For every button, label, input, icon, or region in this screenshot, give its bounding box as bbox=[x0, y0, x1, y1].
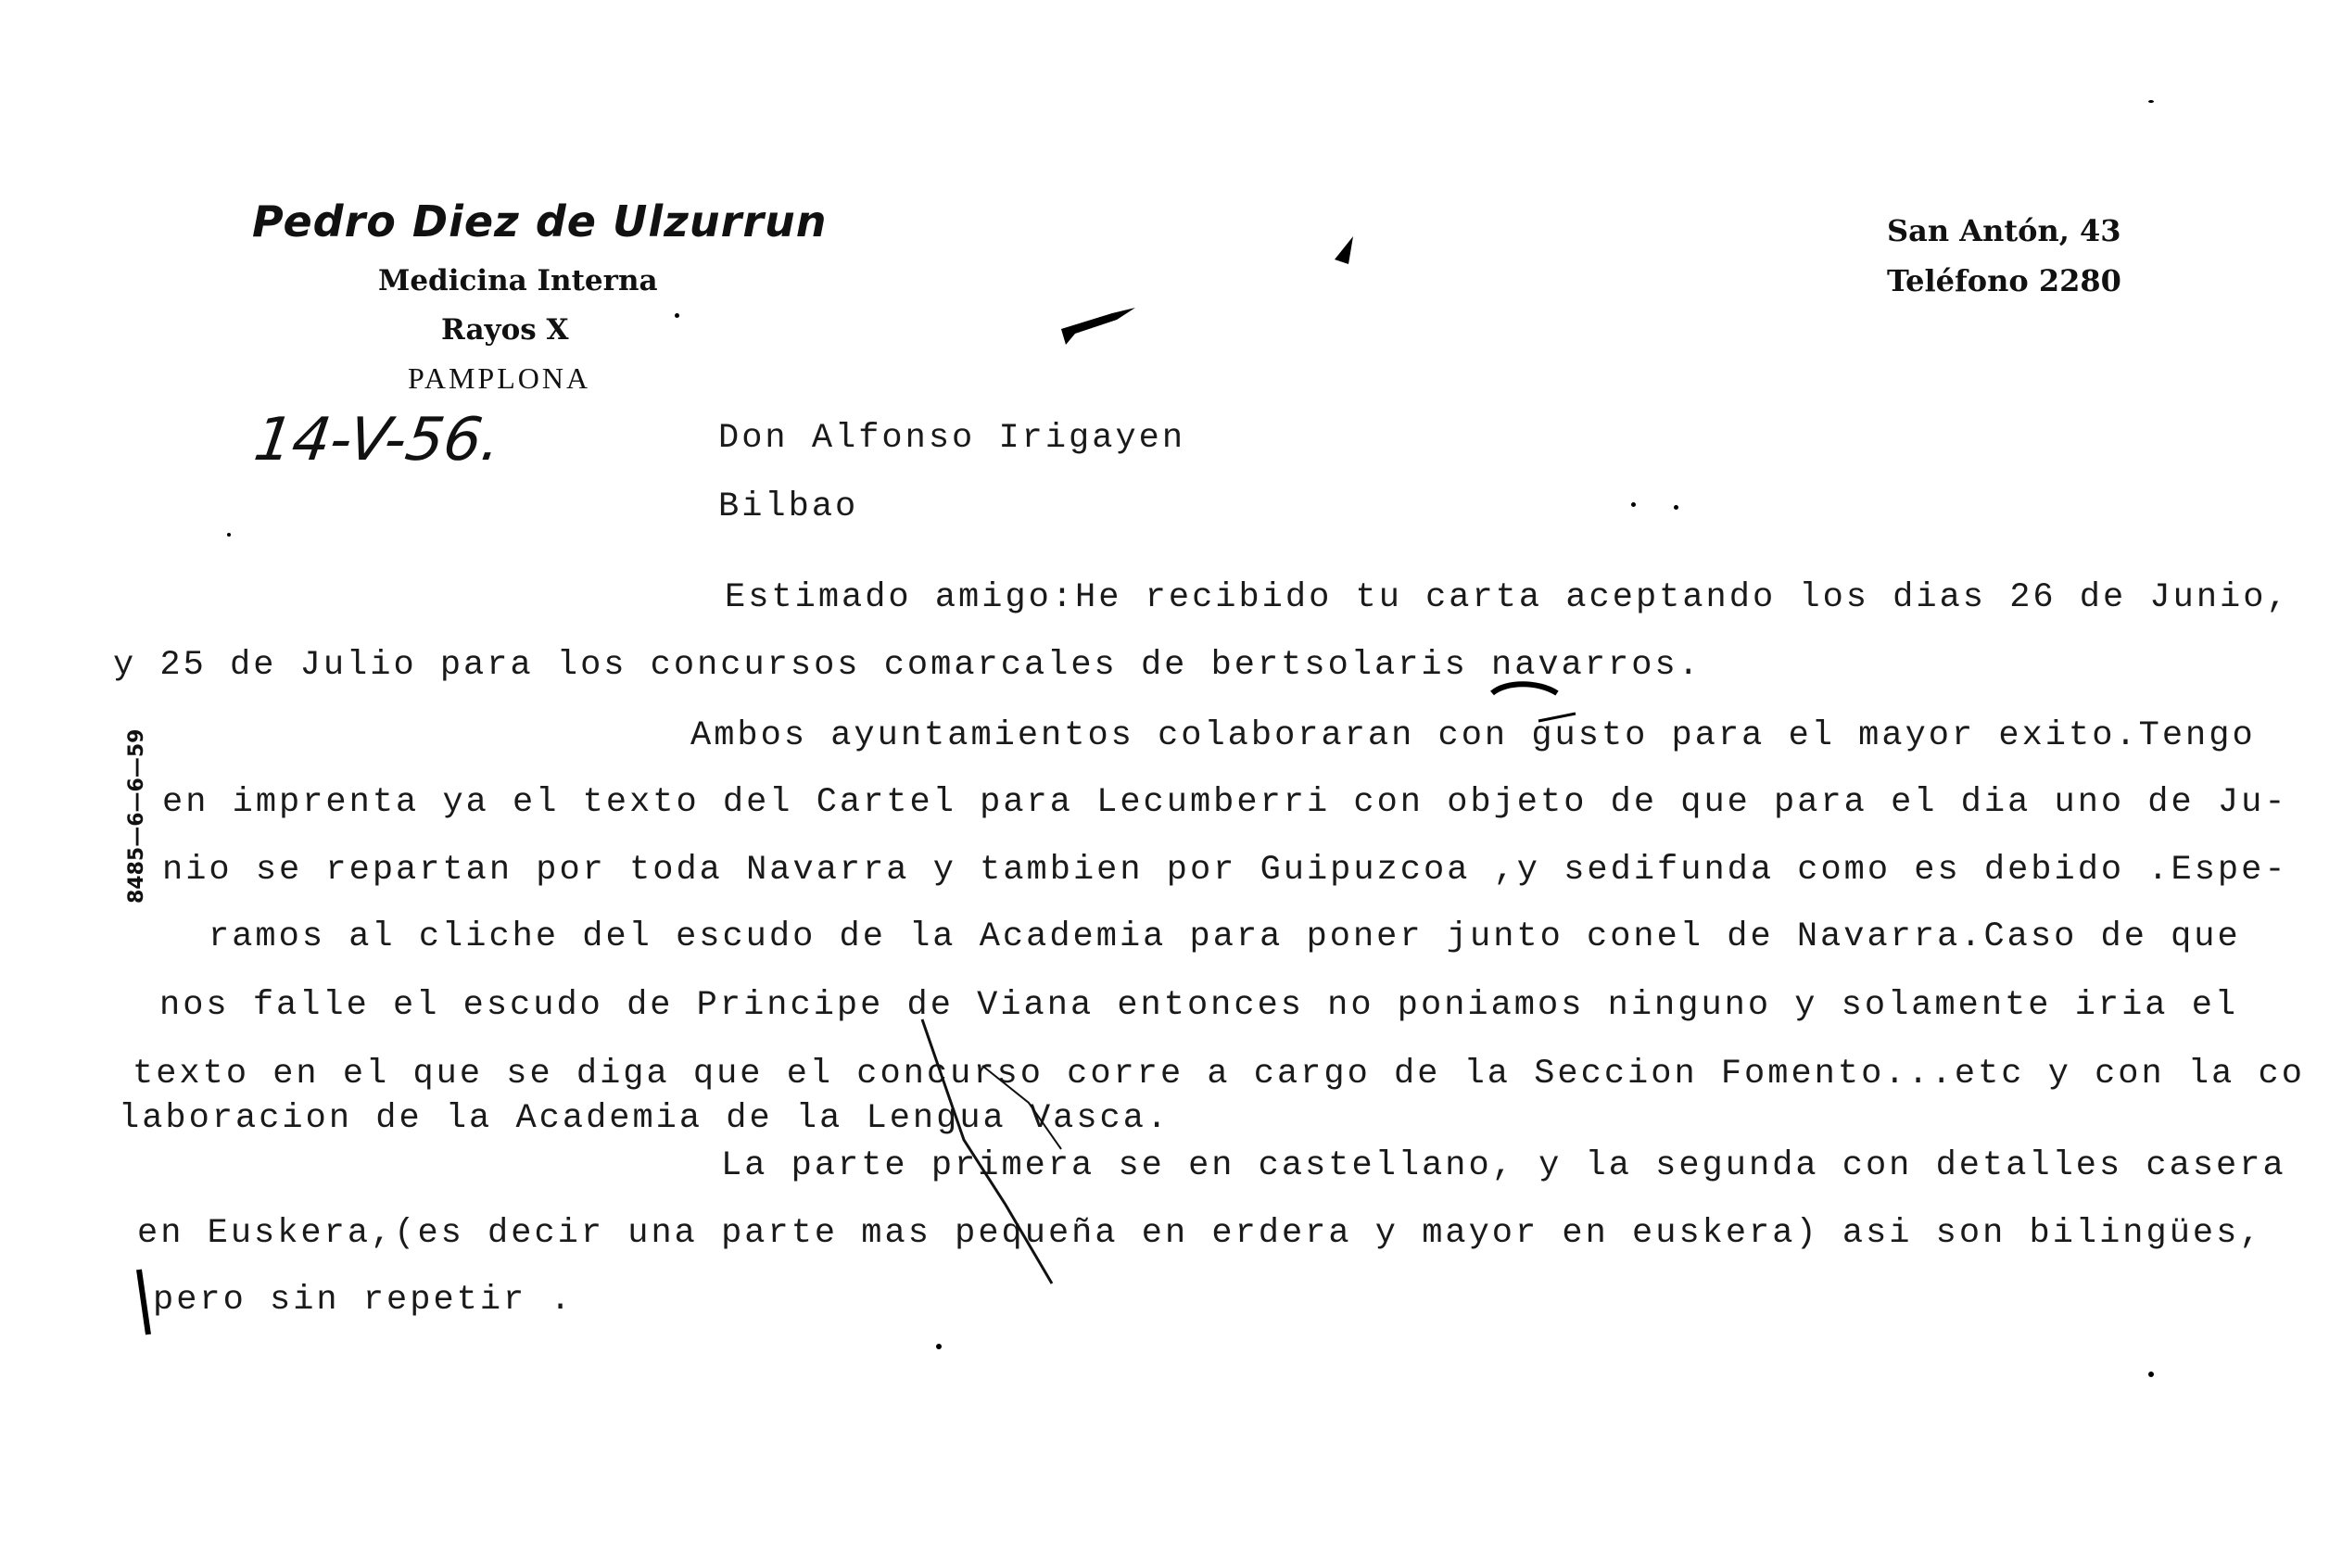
ink-marks bbox=[0, 0, 2342, 1568]
